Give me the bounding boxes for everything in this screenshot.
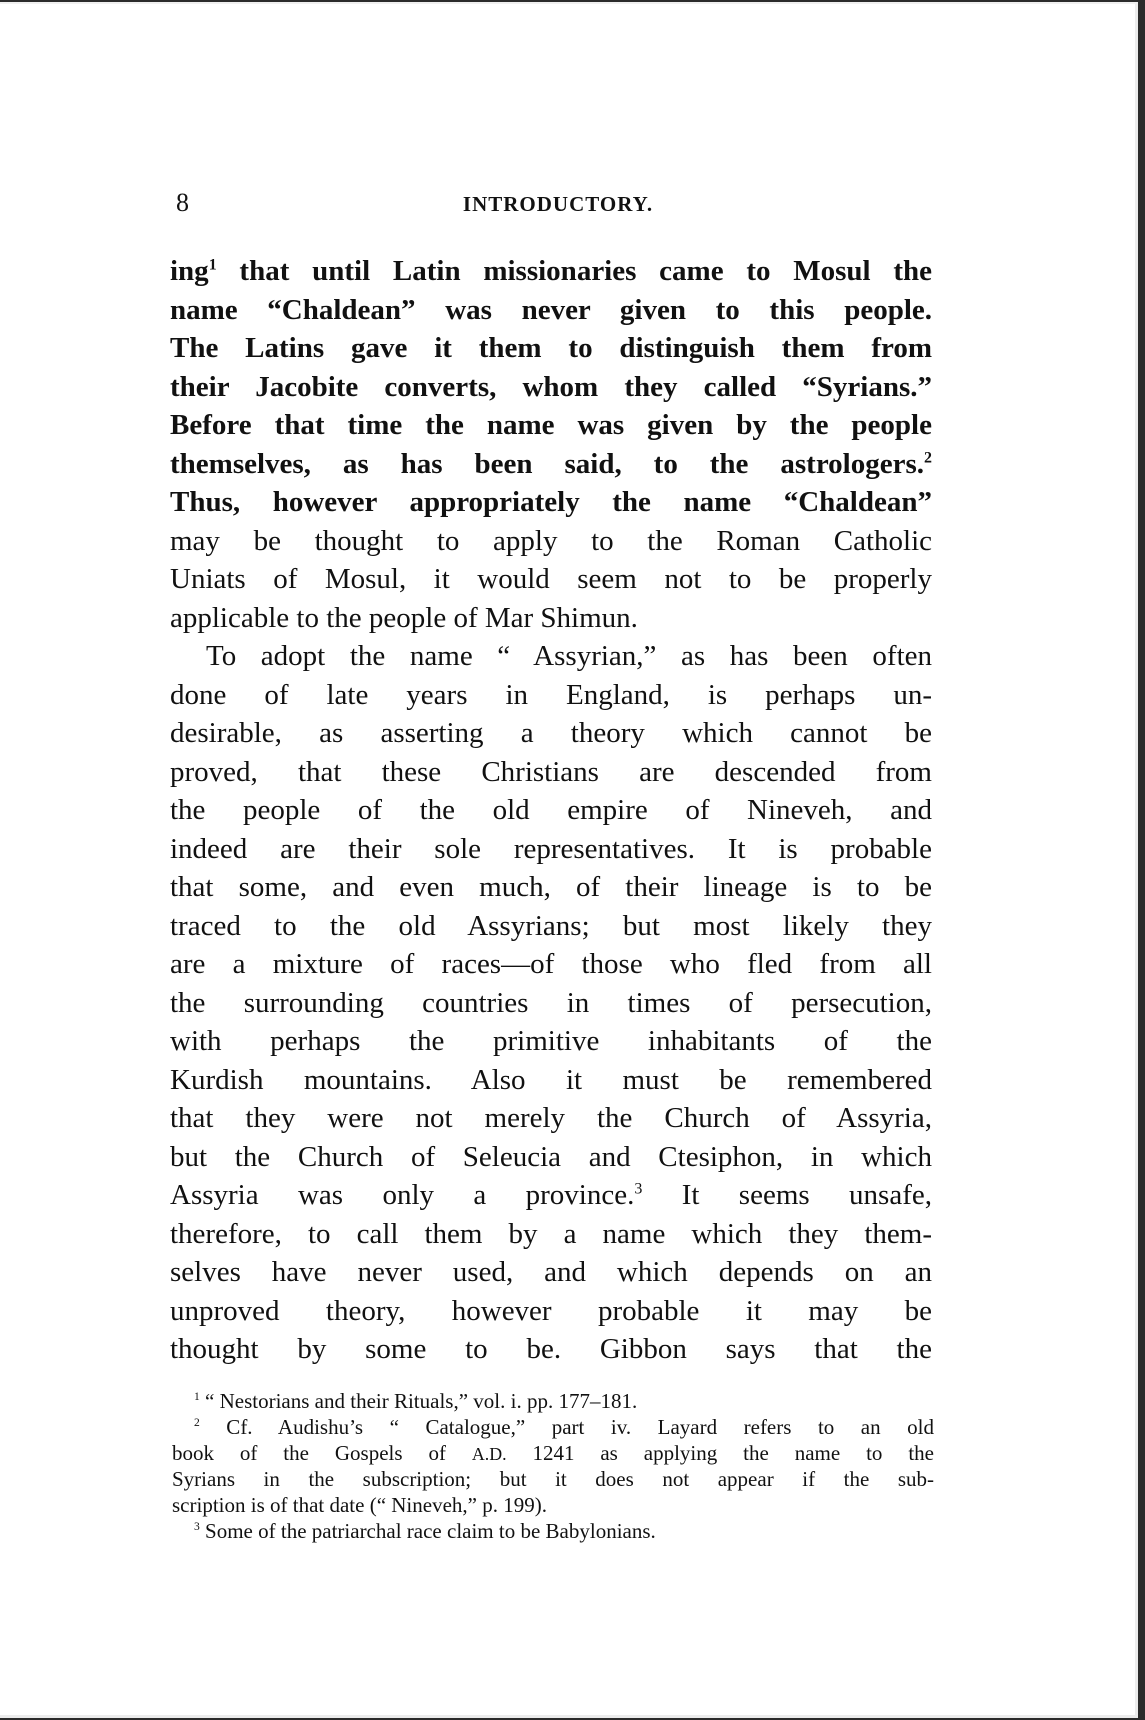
text-line: with perhaps the primitive inhabitants o…: [170, 1022, 932, 1061]
text-line: To adopt the name “ Assyrian,” as has be…: [170, 637, 932, 676]
text-line: unproved theory, however probable it may…: [170, 1292, 932, 1331]
text-line: themselves, as has been said, to the ast…: [170, 445, 932, 484]
text-line: thought by some to be. Gibbon says that …: [170, 1330, 932, 1369]
text-line: are a mixture of races—of those who fled…: [170, 945, 932, 984]
text-line: applicable to the people of Mar Shimun.: [170, 599, 932, 638]
text-line: selves have never used, and which depend…: [170, 1253, 932, 1292]
chapter-title: INTRODUCTORY.: [176, 192, 940, 217]
text-line: the people of the old empire of Nineveh,…: [170, 791, 932, 830]
text-line: indeed are their sole representatives. I…: [170, 830, 932, 869]
text-line: therefore, to call them by a name which …: [170, 1215, 932, 1254]
text-line: their Jacobite converts, whom they calle…: [170, 368, 932, 407]
body-text: ing1 that until Latin missionaries came …: [170, 252, 932, 1369]
text-line: proved, that these Christians are descen…: [170, 753, 932, 792]
footnote-2-cont: Syrians in the subscription; but it does…: [172, 1466, 934, 1492]
text-line: desirable, as asserting a theory which c…: [170, 714, 932, 753]
text-line: Kurdish mountains. Also it must be remem…: [170, 1061, 932, 1100]
text-line: may be thought to apply to the Roman Cat…: [170, 522, 932, 561]
running-header: 8 INTRODUCTORY.: [176, 188, 940, 218]
text-line: Assyria was only a province.3 It seems u…: [170, 1176, 932, 1215]
text-line: name “Chaldean” was never given to this …: [170, 291, 932, 330]
text-line: Before that time the name was given by t…: [170, 406, 932, 445]
text-line: that some, and even much, of their linea…: [170, 868, 932, 907]
footnote-3: 3 Some of the patriarchal race claim to …: [172, 1518, 934, 1544]
text-line: done of late years in England, is perhap…: [170, 676, 932, 715]
footnote-ref-1: 1: [209, 256, 217, 273]
text-line: but the Church of Seleucia and Ctesiphon…: [170, 1138, 932, 1177]
text-line: the surrounding countries in times of pe…: [170, 984, 932, 1023]
document-page: 8 INTRODUCTORY. ing1 that until Latin mi…: [0, 2, 1138, 1718]
footnote-1: 1 “ Nestorians and their Rituals,” vol. …: [172, 1388, 934, 1414]
footnote-2: 2 Cf. Audishu’s “ Catalogue,” part iv. L…: [172, 1414, 934, 1440]
footnote-2-cont: book of the Gospels of A.D. 1241 as appl…: [172, 1440, 934, 1466]
text-line: The Latins gave it them to distinguish t…: [170, 329, 932, 368]
footnote-ref-2: 2: [924, 449, 932, 466]
footnote-2-cont: scription is of that date (“ Nineveh,” p…: [172, 1492, 934, 1518]
text-line: that they were not merely the Church of …: [170, 1099, 932, 1138]
footnotes: 1 “ Nestorians and their Rituals,” vol. …: [172, 1388, 934, 1544]
text-line: Uniats of Mosul, it would seem not to be…: [170, 560, 932, 599]
text-line: traced to the old Assyrians; but most li…: [170, 907, 932, 946]
text-line: Thus, however appropriately the name “Ch…: [170, 483, 932, 522]
text-line: ing1 that until Latin missionaries came …: [170, 252, 932, 291]
